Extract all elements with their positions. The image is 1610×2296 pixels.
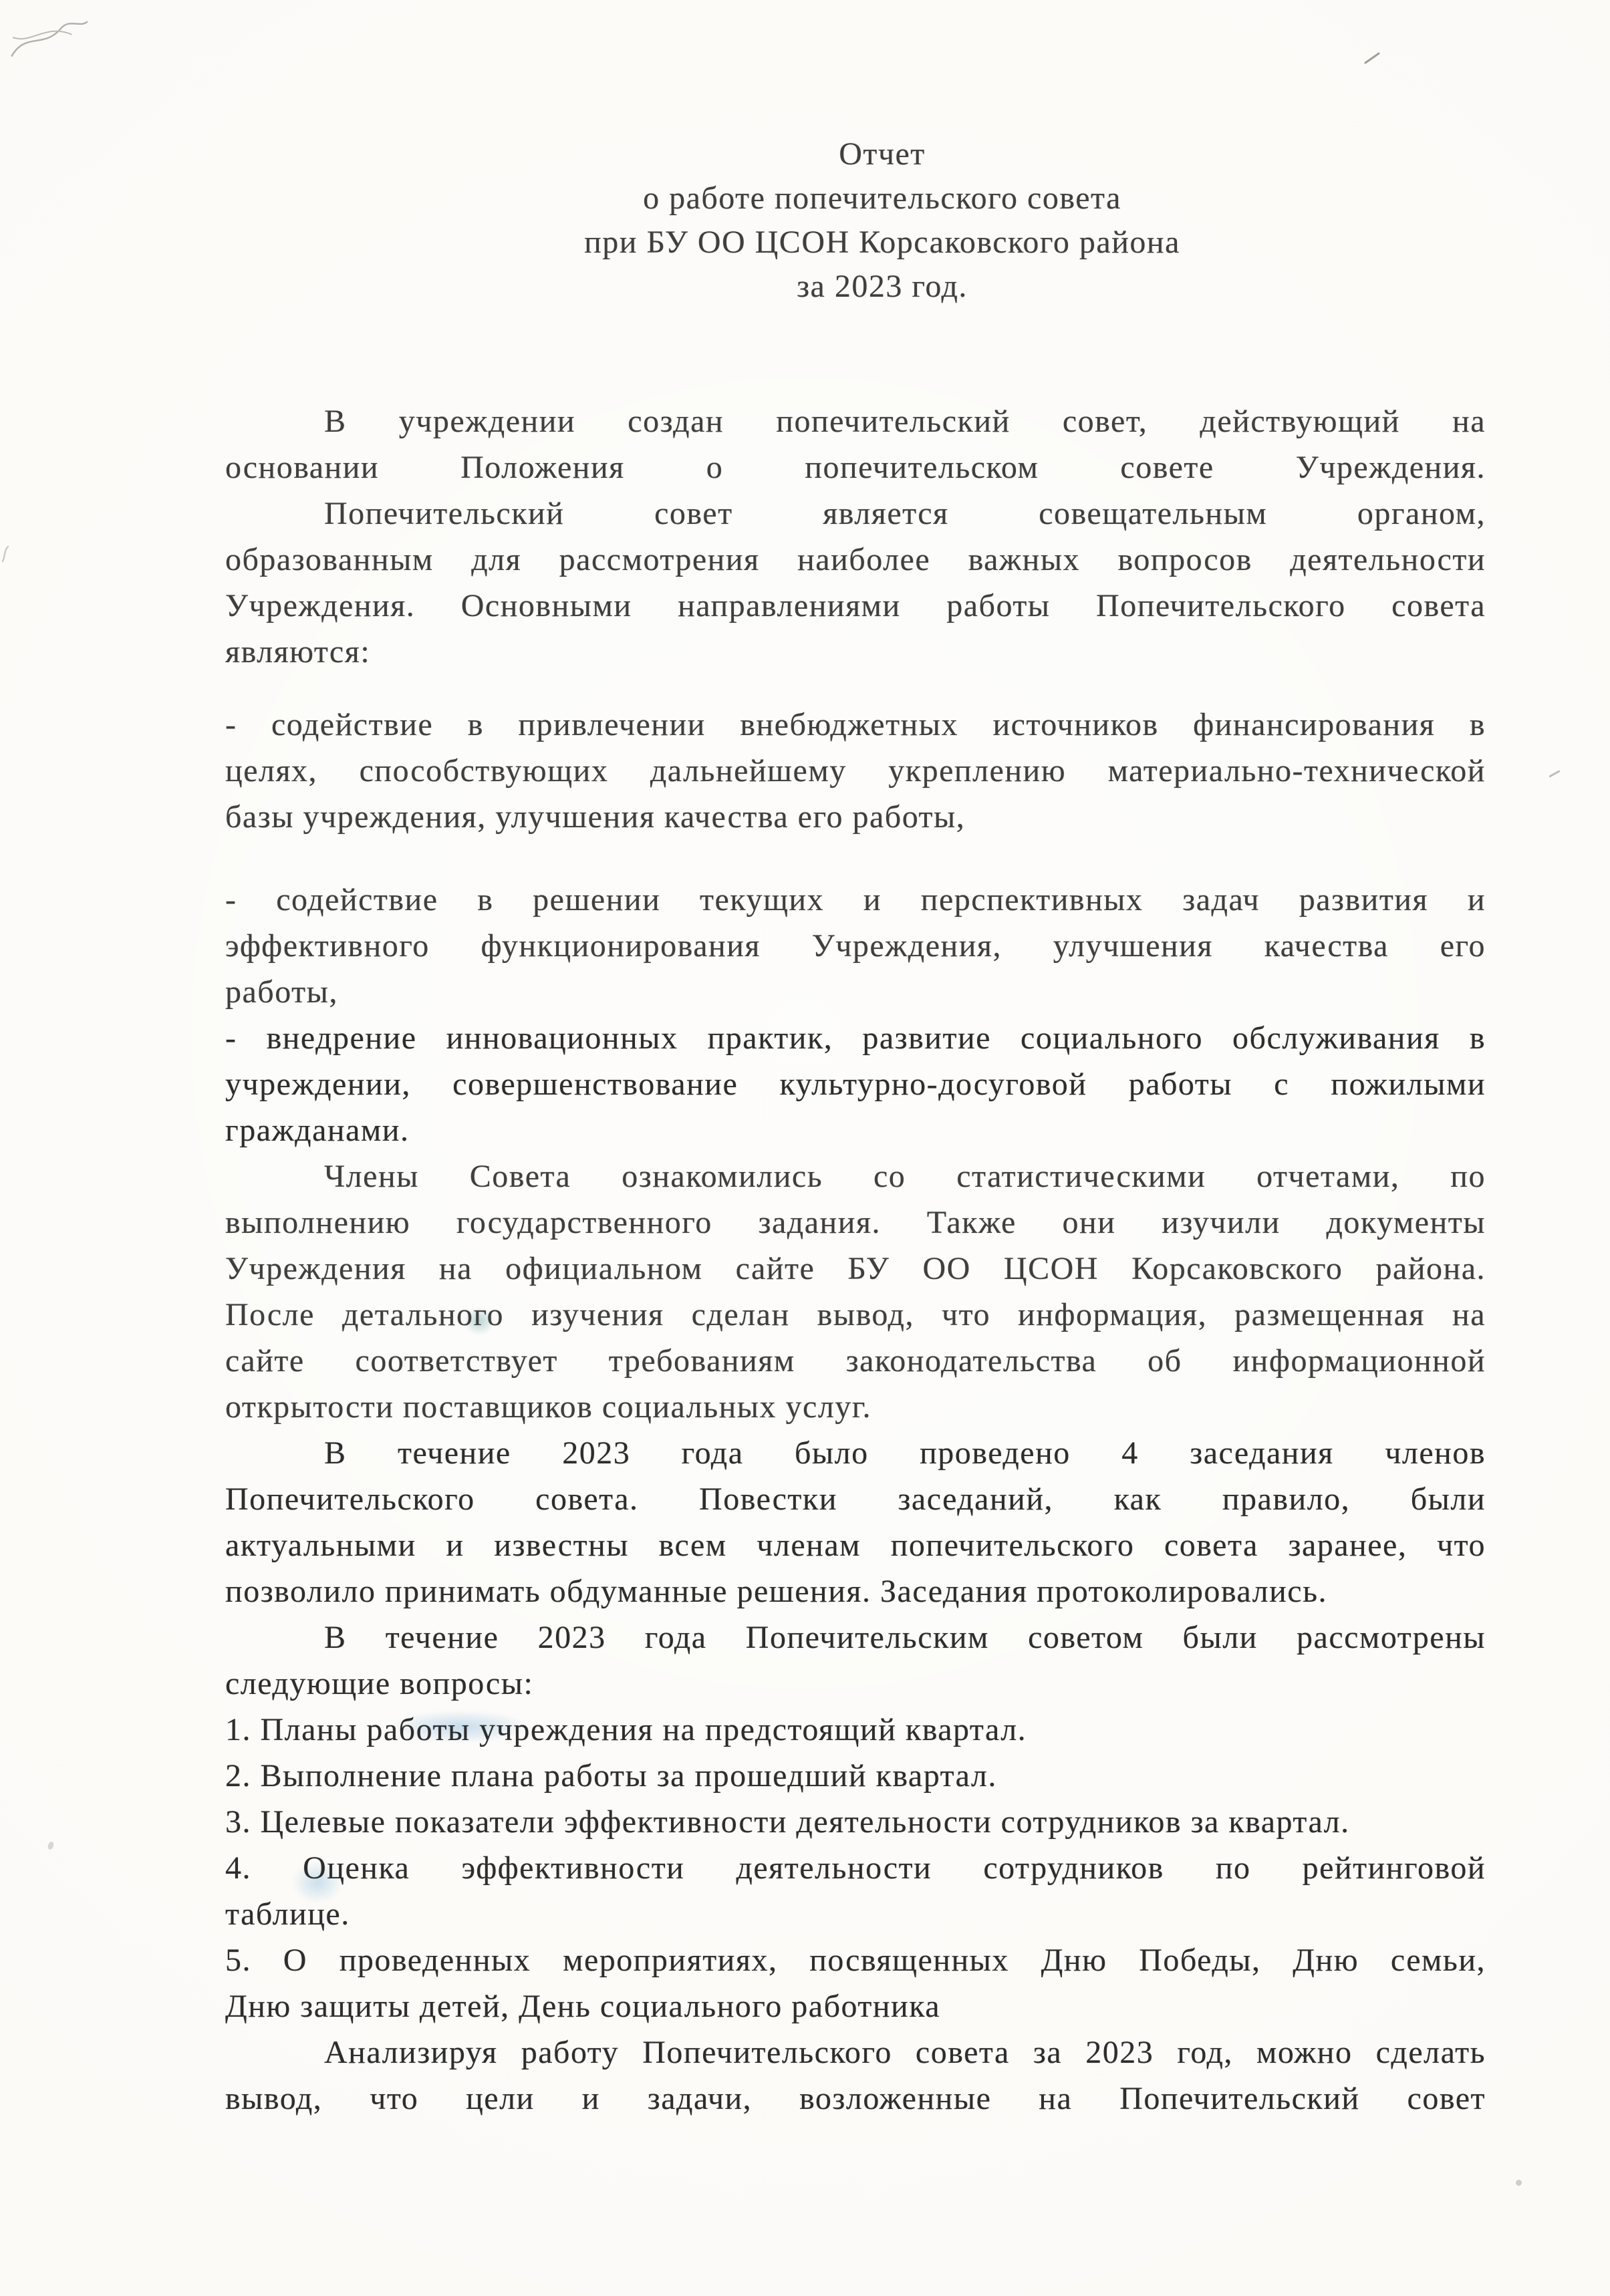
- text-line: Анализируя работу Попечительского совета…: [225, 2029, 1486, 2075]
- title-line: при БУ ОО ЦСОН Корсаковского района: [279, 221, 1486, 265]
- stray-speck: [1547, 766, 1562, 781]
- text-line: - содействие в решении текущих и перспек…: [225, 877, 1486, 923]
- text-line: 2. Выполнение плана работы за прошедший …: [225, 1753, 1486, 1799]
- text-line: Учреждения. Основными направлениями рабо…: [225, 583, 1486, 629]
- document-content: Отчет о работе попечительского совета пр…: [225, 132, 1486, 2122]
- text-line: - содействие в привлечении внебюджетных …: [225, 702, 1486, 748]
- text-line: 4. Оценка эффективности деятельности сот…: [225, 1845, 1486, 1891]
- text-line: 1. Планы работы учреждения на предстоящи…: [225, 1707, 1486, 1753]
- text-line: позволило принимать обдуманные решения. …: [225, 1568, 1486, 1614]
- pencil-scribble-mark: [1, 1, 122, 76]
- text-line: Дню защиты детей, День социального работ…: [225, 1983, 1486, 2029]
- text-line: актуальными и известны всем членам попеч…: [225, 1522, 1486, 1568]
- text-line: выполнению государственного задания. Так…: [225, 1199, 1486, 1246]
- document-body: В учреждении создан попечительский совет…: [225, 398, 1486, 2122]
- title-line: о работе попечительского совета: [279, 176, 1486, 221]
- text-line: В течение 2023 года Попечительским совет…: [225, 1614, 1486, 1661]
- text-line: В течение 2023 года было проведено 4 зас…: [225, 1430, 1486, 1476]
- text-line: В учреждении создан попечительский совет…: [225, 398, 1486, 444]
- text-line: Члены Совета ознакомились со статистичес…: [225, 1153, 1486, 1199]
- text-line: учреждении, совершенствование культурно-…: [225, 1061, 1486, 1107]
- text-line: следующие вопросы:: [225, 1661, 1486, 1707]
- document-title: Отчет о работе попечительского совета пр…: [225, 132, 1486, 309]
- scanned-document-page: Отчет о работе попечительского совета пр…: [0, 0, 1610, 2296]
- text-line: образованным для рассмотрения наиболее в…: [225, 537, 1486, 583]
- text-line: вывод, что цели и задачи, возложенные на…: [225, 2075, 1486, 2122]
- text-line: Попечительский совет является совещатель…: [225, 490, 1486, 537]
- text-line: таблице.: [225, 1891, 1486, 1937]
- title-line: Отчет: [279, 132, 1486, 176]
- title-line: за 2023 год.: [279, 265, 1486, 309]
- text-line: Попечительского совета. Повестки заседан…: [225, 1476, 1486, 1522]
- paper-speck: [47, 1841, 55, 1850]
- text-line: - внедрение инновационных практик, разви…: [225, 1015, 1486, 1061]
- text-line: 3. Целевые показатели эффективности деят…: [225, 1799, 1486, 1845]
- text-line: сайте соответствует требованиям законода…: [225, 1338, 1486, 1384]
- text-line: являются:: [225, 629, 1486, 675]
- text-line: основании Положения о попечительском сов…: [225, 444, 1486, 490]
- text-line: гражданами.: [225, 1107, 1486, 1153]
- text-line: работы,: [225, 969, 1486, 1015]
- stray-tick-mark: [1363, 51, 1382, 65]
- text-line: эффективного функционирования Учреждения…: [225, 923, 1486, 969]
- edge-speck: [0, 544, 13, 564]
- text-line: целях, способствующих дальнейшему укрепл…: [225, 748, 1486, 794]
- text-line: базы учреждения, улучшения качества его …: [225, 794, 1486, 840]
- text-line: Учреждения на официальном сайте БУ ОО ЦС…: [225, 1246, 1486, 1292]
- text-line: После детального изучения сделан вывод, …: [225, 1292, 1486, 1338]
- text-line: 5. О проведенных мероприятиях, посвященн…: [225, 1937, 1486, 1983]
- text-line: открытости поставщиков социальных услуг.: [225, 1384, 1486, 1430]
- paper-speck: [1516, 2180, 1522, 2186]
